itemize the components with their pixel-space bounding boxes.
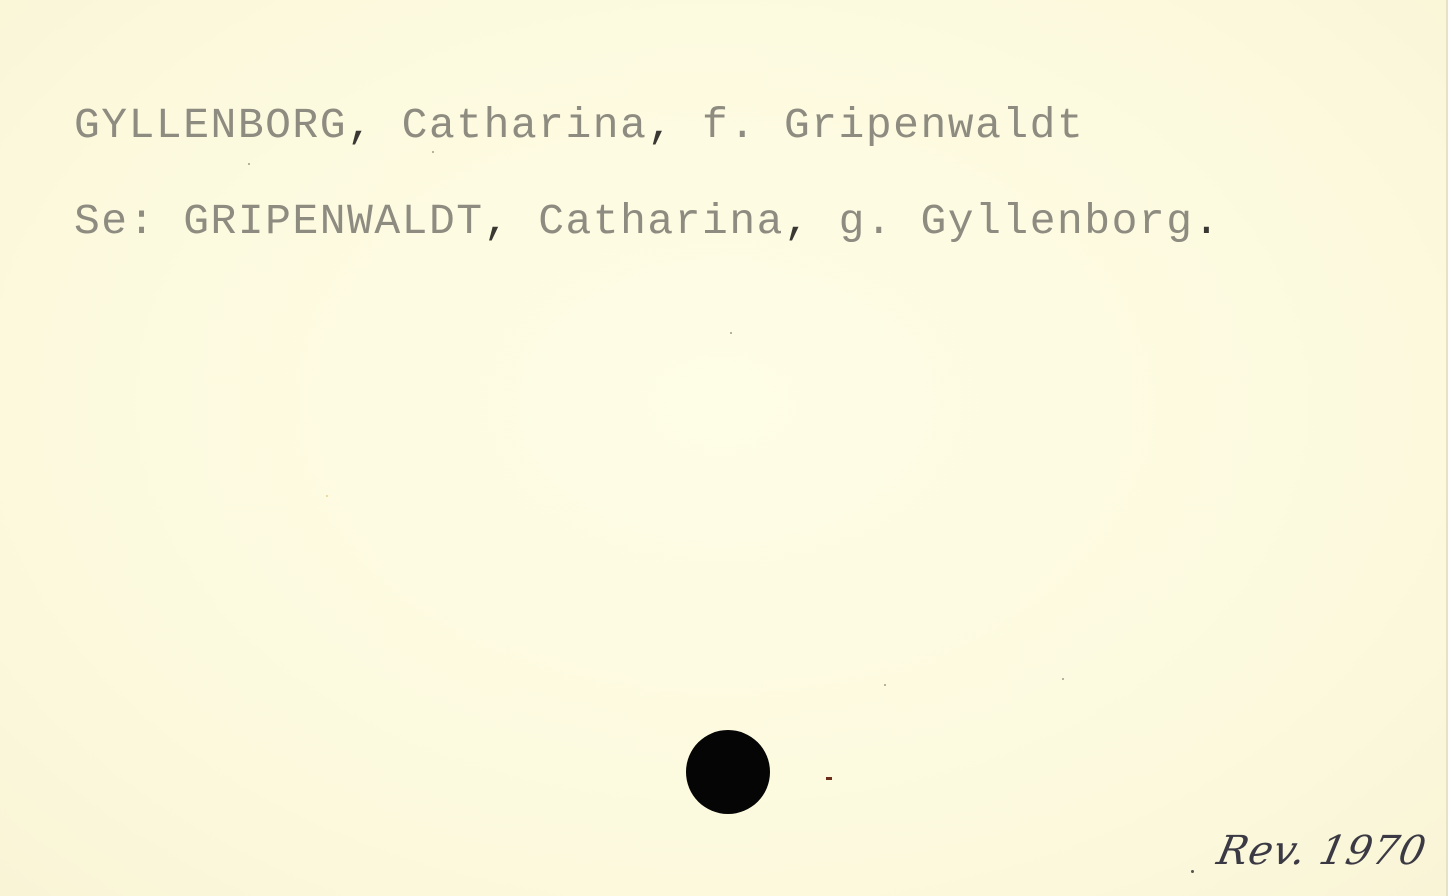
handwritten-revision-note: Rev. 1970: [1213, 828, 1431, 874]
comma: ,: [347, 101, 402, 150]
index-card: GYLLENBORG, Catharina, f. Gripenwaldt Se…: [0, 0, 1448, 896]
period: .: [1194, 197, 1221, 246]
paper-speck: [884, 684, 886, 686]
comma: ,: [484, 197, 539, 246]
ink-speck: [826, 777, 832, 780]
reference-given-name: Catharina: [538, 197, 784, 246]
married-name: Gyllenborg: [920, 197, 1193, 246]
relation-abbrev: f.: [702, 101, 757, 150]
reference-line: Se: GRIPENWALDT, Catharina, g. Gyllenbor…: [74, 200, 1221, 243]
paper-speck: [248, 163, 250, 165]
punch-hole: [686, 730, 770, 814]
surname: GYLLENBORG: [74, 101, 347, 150]
given-name: Catharina: [402, 101, 648, 150]
paper-speck: [432, 151, 434, 153]
heading-line: GYLLENBORG, Catharina, f. Gripenwaldt: [74, 104, 1084, 147]
maiden-name: Gripenwaldt: [784, 101, 1084, 150]
comma: ,: [784, 197, 839, 246]
paper-speck: [730, 332, 732, 334]
pencil-dot: [1191, 870, 1194, 873]
paper-speck: [326, 495, 328, 497]
comma: ,: [647, 101, 702, 150]
paper-speck: [1062, 678, 1064, 680]
relation-abbrev: g.: [839, 197, 894, 246]
reference-surname: GRIPENWALDT: [183, 197, 483, 246]
see-label: Se:: [74, 197, 156, 246]
